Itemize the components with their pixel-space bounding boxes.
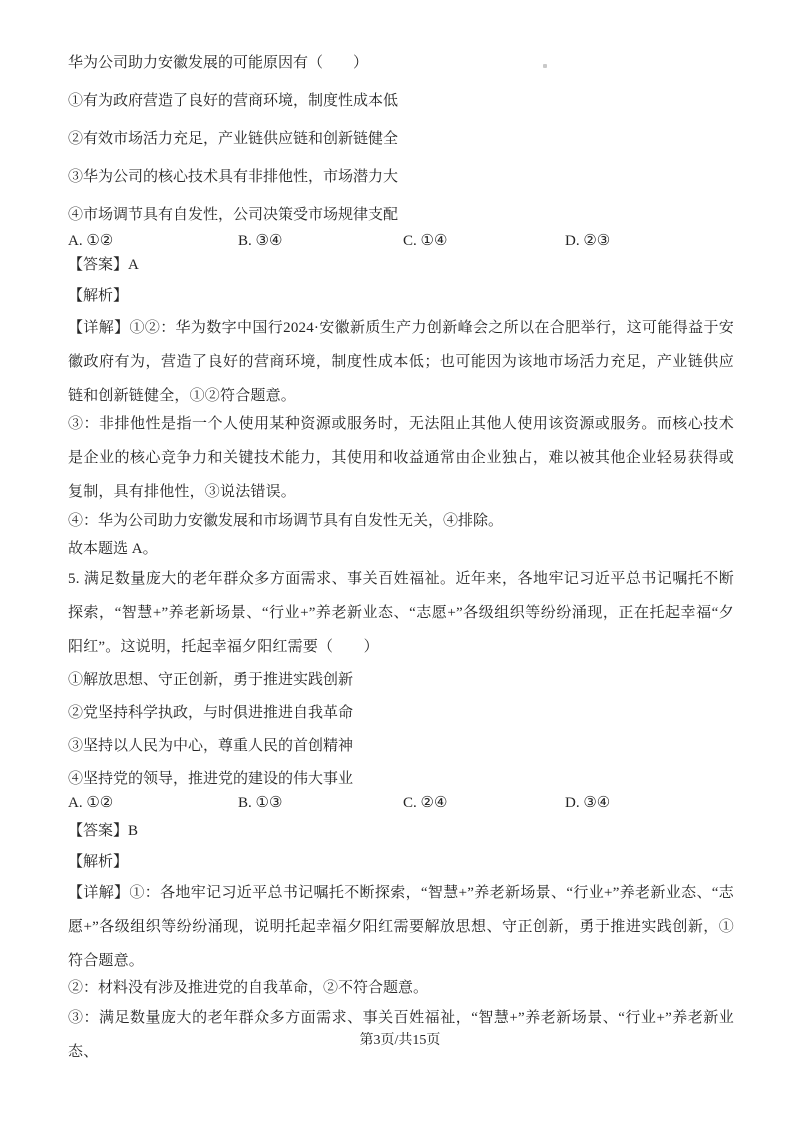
question4-explanation-paragraph-2: ③：非排他性是指一个人使用某种资源或服务时，无法阻止其他人使用该资源或服务。而核… xyxy=(68,407,734,509)
question4-explanation-paragraph-1: 【详解】①②：华为数字中国行2024·安徽新质生产力创新峰会之所以在合肥举行，这… xyxy=(68,311,734,413)
question5-statements-block: ①解放思想、守正创新，勇于推进实践创新 ②党坚持科学执政，与时俱进推进自我革命 … xyxy=(68,664,734,796)
question5-answer-line: 【答案】B xyxy=(68,815,734,847)
question5-statement-3: ③坚持以人民为中心，尊重人民的首创精神 xyxy=(68,730,734,763)
question5-explanation-paragraph-1: 【详解】①：各地牢记习近平总书记嘱托不断探索，“智慧+”养老新场景、“行业+”养… xyxy=(68,876,734,978)
question4-statement-3: ③华为公司的核心技术具有非排他性，市场潜力大 xyxy=(68,158,734,196)
page-footer: 第3页/共15页 xyxy=(0,1030,800,1052)
question5-analysis-label: 【解析】 xyxy=(68,846,734,878)
question4-statement-1: ①有为政府营造了良好的营商环境，制度性成本低 xyxy=(68,82,734,120)
question4-conclusion-line: 故本题选 A。 xyxy=(68,532,734,566)
question5-statement-1: ①解放思想、守正创新，勇于推进实践创新 xyxy=(68,664,734,697)
question5-explanation-paragraph-2: ②：材料没有涉及推进党的自我革命，②不符合题意。 xyxy=(68,971,734,1005)
question4-analysis-label: 【解析】 xyxy=(68,280,734,312)
question5-stem: 5. 满足数量庞大的老年群众多方面需求、事关百姓福祉。近年来，各地牢记习近平总书… xyxy=(68,562,734,664)
question4-answer-line: 【答案】A xyxy=(68,249,734,281)
question4-stem-tail: 华为公司助力安徽发展的可能原因有（ ） xyxy=(68,44,734,82)
question4-block: 华为公司助力安徽发展的可能原因有（ ） ①有为政府营造了良好的营商环境，制度性成… xyxy=(68,44,734,234)
question4-statement-2: ②有效市场活力充足，产业链供应链和创新链健全 xyxy=(68,120,734,158)
question5-statement-2: ②党坚持科学执政，与时俱进推进自我革命 xyxy=(68,697,734,730)
